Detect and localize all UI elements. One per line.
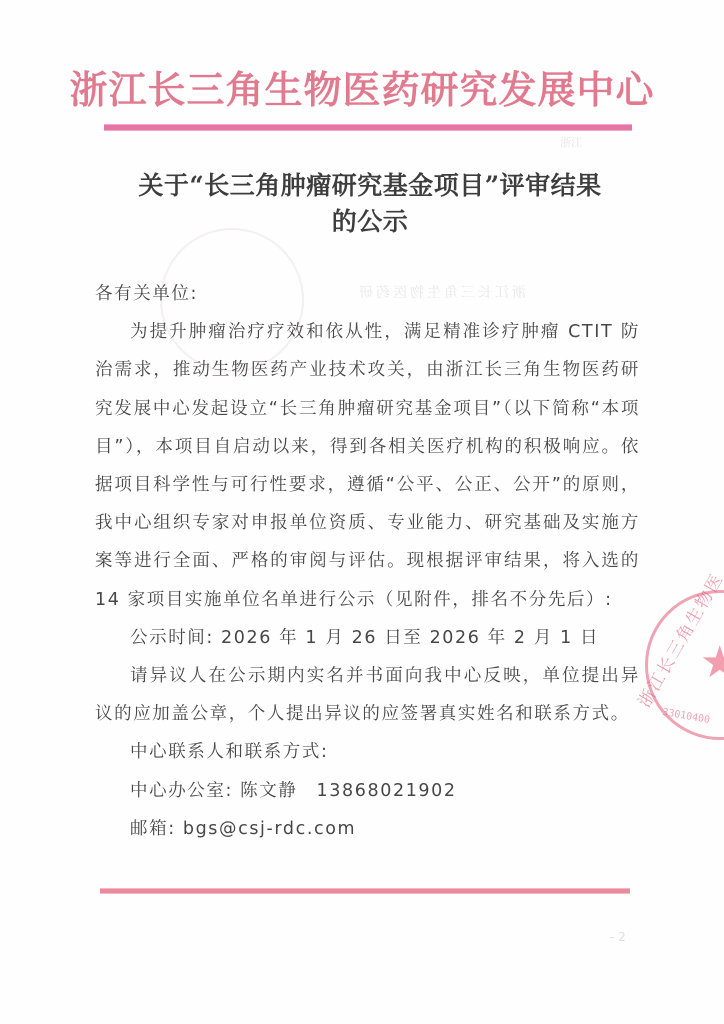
salutation: 各有关单位:	[95, 275, 640, 313]
main-paragraph: 为提升肿瘤治疗疗效和依从性，满足精准诊疗肿瘤 CTIT 防治需求，推动生物医药产…	[95, 313, 640, 619]
contact-email: 邮箱: bgs@csj-rdc.com	[95, 810, 640, 848]
seal-code: 33010400	[661, 707, 710, 726]
letterhead-divider	[104, 124, 632, 131]
notice-title-line2: 的公示	[0, 204, 724, 240]
publicity-period: 公示时间: 2026 年 1 月 26 日至 2026 年 2 月 1 日	[95, 619, 640, 657]
notice-title: 关于“长三角肿瘤研究基金项目”评审结果 的公示	[0, 168, 724, 240]
footer-divider	[100, 888, 630, 894]
objection-paragraph: 请异议人在公示期内实名并书面向我中心反映，单位提出异议的应加盖公章，个人提出异议…	[95, 657, 640, 733]
document-page: 浙江长三角生物医药研 浙江 - 2 浙江长三角生物医药研究发展中心 关于“长三角…	[0, 0, 724, 1024]
notice-body: 各有关单位: 为提升肿瘤治疗疗效和依从性，满足精准诊疗肿瘤 CTIT 防治需求，…	[95, 275, 640, 848]
contact-office: 中心办公室: 陈文静 13868021902	[95, 772, 640, 810]
letterhead-org-name: 浙江长三角生物医药研究发展中心	[0, 68, 724, 112]
bleed-through-mark: 浙江	[560, 134, 582, 150]
notice-title-line1: 关于“长三角肿瘤研究基金项目”评审结果	[0, 168, 724, 204]
star-icon: ★	[700, 641, 724, 685]
bleed-through-page-number: - 2	[610, 930, 626, 944]
contact-heading: 中心联系人和联系方式:	[95, 733, 640, 771]
official-seal: 浙江长三角生物医 ★ 33010400	[645, 590, 724, 740]
